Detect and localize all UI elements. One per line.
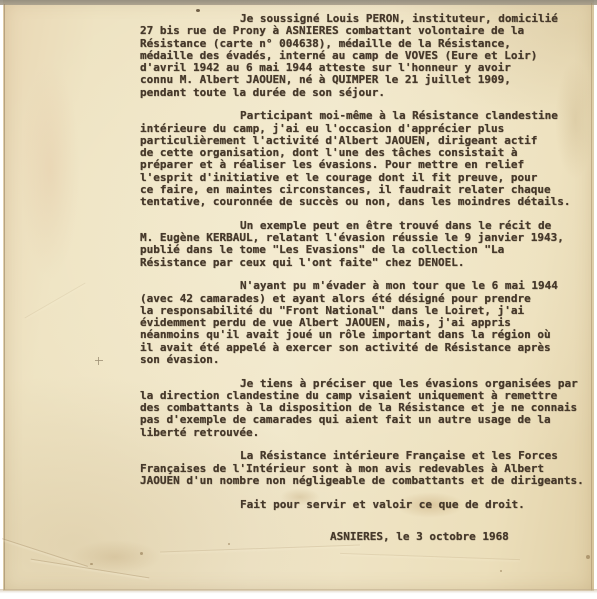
paper-top-edge: [0, 0, 597, 5]
closing-line: Fait pour servir et valoir ce que de dro…: [140, 499, 590, 511]
paragraph-own-escape: N'ayant pu m'évader à mon tour que le 6 …: [140, 280, 590, 366]
paper-right-edge-line: [591, 3, 592, 591]
paragraph-identity: Je soussigné Louis PERON, instituteur, d…: [140, 13, 590, 99]
paragraph-escape-purpose: Je tiens à préciser que les évasions org…: [140, 378, 590, 439]
paper-left-edge-line: [4, 4, 5, 590]
paper-bottom-edge: [0, 589, 597, 599]
scanned-document: Je soussigné Louis PERON, instituteur, d…: [0, 0, 597, 599]
pencil-plus-mark: [95, 357, 103, 365]
paragraph-resistance-activity: Participant moi-même à la Résistance cla…: [140, 110, 590, 208]
document-body: Je soussigné Louis PERON, instituteur, d…: [140, 13, 590, 543]
paragraph-tribute: La Résistance intérieure Française et le…: [140, 450, 590, 487]
date-line: ASNIERES, le 3 octobre 1968: [330, 531, 590, 543]
paragraph-kerbaul-example: Un exemple peut en être trouvé dans le r…: [140, 220, 590, 269]
